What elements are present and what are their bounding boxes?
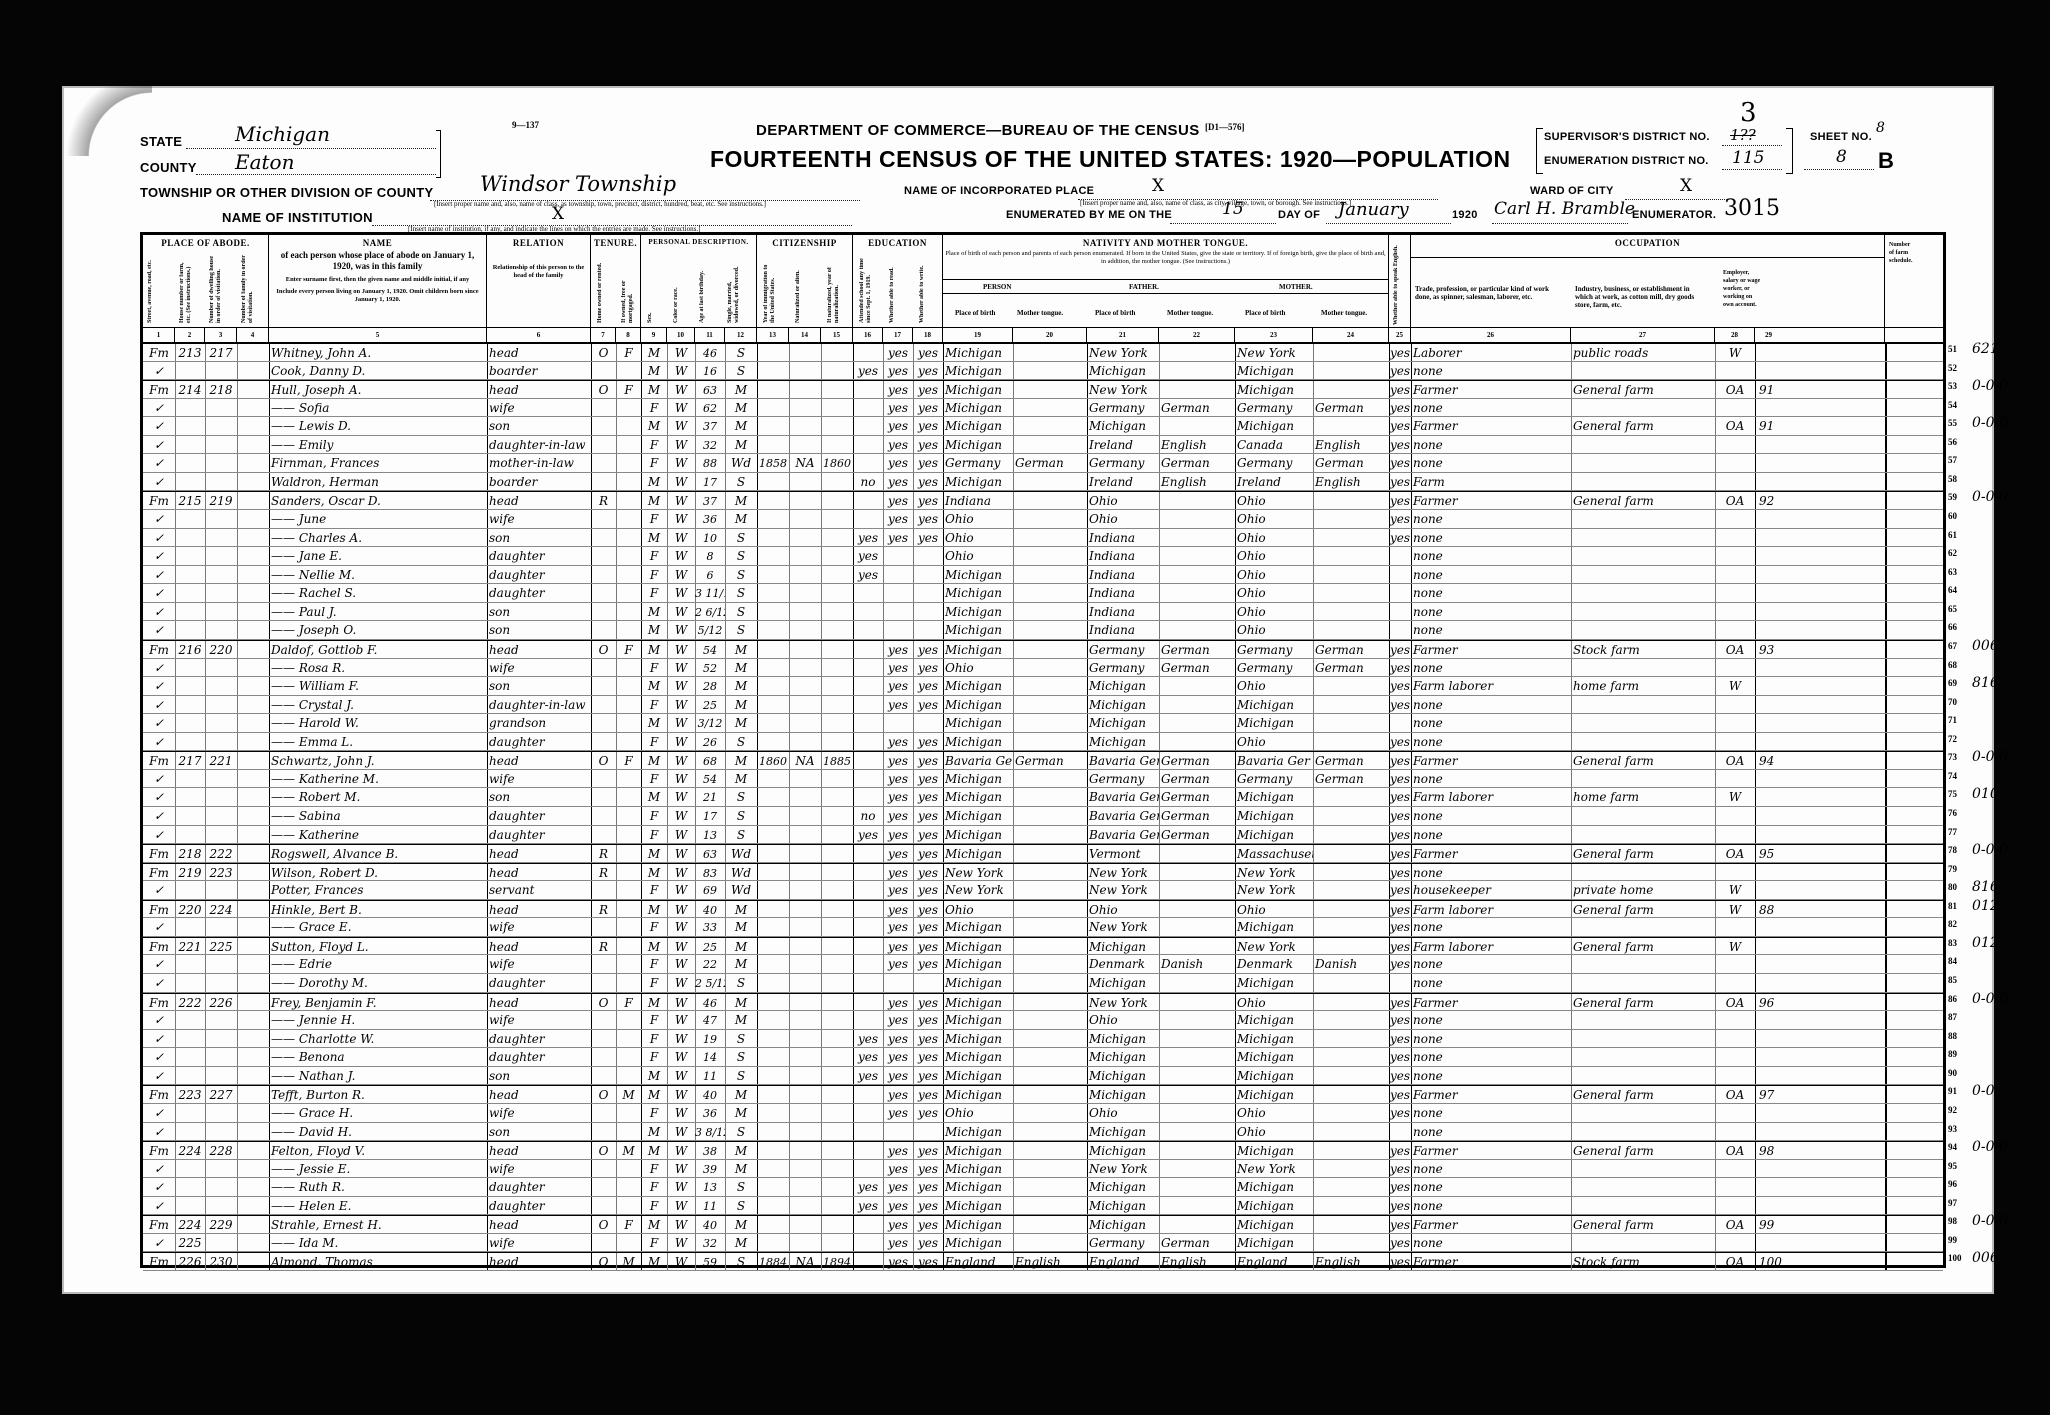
able-to-write [913,584,943,602]
line-number: 79 [1948,864,1957,874]
marital-status: S [725,1197,757,1215]
able-to-read: yes [883,381,913,399]
marital-status: M [725,1086,757,1104]
age: 17 [695,473,725,491]
birthplace: Michigan [943,1160,1013,1178]
table-row: ✓—— Katherine M.wifeFW54MyesyesMichiganG… [143,770,1943,789]
house-field: ✓ [143,1234,175,1252]
able-to-write: yes [913,1030,943,1048]
trade: Farmer [1411,641,1571,659]
immigration-year [757,1216,789,1234]
naturalized-status [789,1178,821,1196]
able-to-read: yes [883,1104,913,1122]
mother-tongue [1013,529,1087,547]
table-row: Fm224229Strahle, Ernest H.headOFMW40Myes… [143,1215,1943,1234]
dwelling-number [175,1104,205,1122]
table-row: ✓Potter, FrancesservantFW69WdyesyesNew Y… [143,881,1943,900]
age: 63 [695,381,725,399]
trade: none [1411,1178,1571,1196]
mother-birthplace: Ohio [1235,621,1313,639]
age: 3 11/12 [695,584,725,602]
line-number: 52 [1948,363,1957,373]
state-county-bracket [436,130,441,178]
district-bracket-left [1536,128,1543,174]
table-row: ✓—— Ruth R.daughterFW13SyesyesyesMichiga… [143,1178,1943,1197]
mother-birthplace: New York [1235,938,1313,956]
father-birthplace: Bavaria Ger [1087,752,1159,770]
free-mortgaged [616,733,641,751]
line-number: 90 [1948,1068,1957,1078]
father-birthplace: Germany [1087,399,1159,417]
person-name: —— Helen E. [269,1197,487,1215]
table-row: ✓—— Grace H.wifeFW36MyesyesOhioOhioOhioy… [143,1104,1943,1123]
dwelling-number [175,1178,205,1196]
industry: Stock farm [1571,641,1715,659]
home-owned-rented [591,547,616,565]
father-birthplace: Germany [1087,641,1159,659]
relation: head [487,1142,591,1160]
family-number [205,1067,237,1085]
house-field: Fm [143,752,175,770]
sex: F [641,918,667,936]
father-mother-tongue [1159,1160,1235,1178]
col-1-header: Street, avenue, road, etc. [147,255,154,323]
person-name: —— Jennie H. [269,1011,487,1029]
color-race: W [667,714,695,732]
home-owned-rented [591,1104,616,1122]
home-owned-rented: R [591,901,616,919]
free-mortgaged [616,955,641,973]
col-nativity-title: NATIVITY AND MOTHER TONGUE. [943,235,1388,248]
relation: son [487,603,591,621]
father-mother-tongue [1159,1178,1235,1196]
col-citizenship-title: CITIZENSHIP [757,235,852,248]
incorporated-value: X [1152,176,1164,196]
father-mother-tongue [1159,381,1235,399]
naturalized-status [789,603,821,621]
mother-tongue [1013,344,1087,362]
speaks-english [1389,584,1411,602]
trade: housekeeper [1411,881,1571,899]
free-mortgaged [616,1123,641,1141]
immigration-year [757,901,789,919]
mother-tongue [1013,864,1087,882]
color-race: W [667,344,695,362]
dwelling-number [175,677,205,695]
speaks-english: yes [1389,417,1411,435]
able-to-read: yes [883,1086,913,1104]
free-mortgaged: F [616,1216,641,1234]
color-race: W [667,938,695,956]
farm-schedule-number [1757,473,1797,491]
family-number [205,1197,237,1215]
speaks-english: yes [1389,1030,1411,1048]
table-row: ✓—— Joseph O.sonMW5/12SMichiganIndianaOh… [143,621,1943,640]
naturalization-year [821,770,853,788]
family-number [205,510,237,528]
mother-birthplace: Canada [1235,436,1313,454]
age: 39 [695,1160,725,1178]
col-num-21: 21 [1087,328,1159,342]
father-mother-tongue: German [1159,788,1235,806]
line-number: 72 [1948,734,1957,744]
able-to-read: yes [883,454,913,472]
line-number: 86 [1948,994,1957,1004]
employer-status: W [1715,938,1755,956]
margin-code-note: 0-0 [1972,1083,1995,1099]
immigration-year: 1884 [757,1253,789,1271]
father-birthplace: Michigan [1087,1086,1159,1104]
mother-birthplace: Ohio [1235,492,1313,510]
person-name: —— Emma L. [269,733,487,751]
table-row: Fm226230Almond, ThomasheadOMMW59S1884NA1… [143,1252,1943,1271]
naturalized-status [789,547,821,565]
house-field: Fm [143,1216,175,1234]
naturalized-status [789,584,821,602]
naturalized-status [789,529,821,547]
naturalization-year [821,864,853,882]
trade: none [1411,621,1571,639]
dwelling-number [175,473,205,491]
birthplace: Michigan [943,714,1013,732]
farm-schedule-number [1757,362,1797,380]
table-row: ✓—— Crystal J.daughter-in-lawFW25Myesyes… [143,696,1943,715]
naturalization-year [821,807,853,825]
line-number: 57 [1948,455,1957,465]
table-row: Fm214218Hull, Joseph A.headOFMW63Myesyes… [143,380,1943,399]
father-mother-tongue: German [1159,826,1235,844]
naturalized-status [789,864,821,882]
family-number [205,881,237,899]
mother-mother-tongue [1313,1011,1389,1029]
sex: M [641,864,667,882]
line-number: 98 [1948,1216,1957,1226]
house-field: ✓ [143,807,175,825]
house-field: Fm [143,1086,175,1104]
industry: private home [1571,881,1715,899]
trade: none [1411,918,1571,936]
free-mortgaged [616,918,641,936]
age: 46 [695,344,725,362]
color-race: W [667,417,695,435]
able-to-read: yes [883,733,913,751]
department-heading: DEPARTMENT OF COMMERCE—BUREAU OF THE CEN… [756,122,1200,139]
naturalization-year [821,344,853,362]
color-race: W [667,1030,695,1048]
attended-school [853,1104,883,1122]
able-to-read [883,974,913,992]
free-mortgaged [616,677,641,695]
mother-tongue: English [1013,1253,1087,1271]
color-race: W [667,1178,695,1196]
birthplace: Germany [943,454,1013,472]
free-mortgaged: M [616,1253,641,1271]
line-number: 58 [1948,474,1957,484]
person-name: Almond, Thomas [269,1253,487,1271]
farm-schedule-number [1757,1123,1797,1141]
mother-tongue [1013,881,1087,899]
relation: head [487,1253,591,1271]
free-mortgaged [616,1197,641,1215]
speaks-english: yes [1389,1253,1411,1271]
farm-schedule-number: 96 [1757,994,1797,1012]
farm-schedule-number [1757,1048,1797,1066]
marital-status: M [725,901,757,919]
house-field: Fm [143,864,175,882]
able-to-write: yes [913,807,943,825]
table-row: ✓—— Lewis D.sonMW37MyesyesMichiganMichig… [143,417,1943,436]
father-mother-tongue [1159,584,1235,602]
house-field: ✓ [143,659,175,677]
employer-status: OA [1715,417,1755,435]
naturalization-year: 1894 [821,1253,853,1271]
mother-birthplace: Michigan [1235,1067,1313,1085]
mother-birthplace: Germany [1235,659,1313,677]
industry [1571,696,1715,714]
father-mother-tongue [1159,492,1235,510]
mother-birthplace: Michigan [1235,1142,1313,1160]
attended-school [853,974,883,992]
family-number: 221 [205,752,237,770]
family-number: 224 [205,901,237,919]
father-mother-tongue [1159,1142,1235,1160]
relation: head [487,381,591,399]
immigration-year [757,677,789,695]
speaks-english: yes [1389,994,1411,1012]
naturalized-status [789,1197,821,1215]
dwelling-number [175,417,205,435]
speaks-english: yes [1389,1197,1411,1215]
father-mother-tongue: Danish [1159,955,1235,973]
attended-school [853,955,883,973]
able-to-read: yes [883,417,913,435]
sex: M [641,788,667,806]
person-name: —— Grace E. [269,918,487,936]
line-number: 95 [1948,1161,1957,1171]
father-birthplace: New York [1087,864,1159,882]
birthplace: Michigan [943,641,1013,659]
table-row: Fm217221Schwartz, John J.headOFMW68M1860… [143,751,1943,770]
enumeration-label: ENUMERATION DISTRICT NO. [1544,155,1709,167]
mother-birthplace: Michigan [1235,714,1313,732]
sex: F [641,881,667,899]
father-birthplace: Ireland [1087,436,1159,454]
father-mother-tongue [1159,344,1235,362]
naturalized-status [789,1011,821,1029]
family-number [205,807,237,825]
trade: none [1411,529,1571,547]
col-num-25: 25 [1389,328,1411,342]
father-mother-tongue: English [1159,436,1235,454]
table-row: Fm221225Sutton, Floyd L.headRMW25Myesyes… [143,937,1943,956]
relation: daughter [487,1197,591,1215]
sex: F [641,454,667,472]
home-owned-rented: O [591,641,616,659]
birthplace: Michigan [943,417,1013,435]
color-race: W [667,1197,695,1215]
industry [1571,621,1715,639]
col-num-4: 4 [237,328,269,342]
employer-status [1715,714,1755,732]
employer-status [1715,1048,1755,1066]
line-number: 75 [1948,789,1957,799]
col-num-27: 27 [1571,328,1715,342]
father-birthplace: Michigan [1087,1123,1159,1141]
employer-status [1715,1178,1755,1196]
farm-schedule-number: 98 [1757,1142,1797,1160]
able-to-read: yes [883,1234,913,1252]
farm-schedule-number [1757,566,1797,584]
person-name: —— Ruth R. [269,1178,487,1196]
mother-mother-tongue: English [1313,1253,1389,1271]
employer-status [1715,566,1755,584]
industry [1571,510,1715,528]
marital-status: S [725,1123,757,1141]
color-race: W [667,881,695,899]
farm-schedule-number [1757,584,1797,602]
speaks-english: yes [1389,454,1411,472]
trade: none [1411,974,1571,992]
home-owned-rented [591,1234,616,1252]
mother-mother-tongue [1313,864,1389,882]
naturalized-status [789,677,821,695]
father-mother-tongue [1159,1086,1235,1104]
immigration-year [757,547,789,565]
industry [1571,529,1715,547]
father-birthplace: Indiana [1087,529,1159,547]
mother-mother-tongue [1313,603,1389,621]
age: 32 [695,436,725,454]
birthplace: Michigan [943,955,1013,973]
father-birthplace: Michigan [1087,1142,1159,1160]
color-race: W [667,994,695,1012]
father-mother-tongue: English [1159,473,1235,491]
employer-status [1715,696,1755,714]
naturalized-status [789,399,821,417]
margin-code-note: 0-0-0 [1972,842,2008,858]
family-number [205,1011,237,1029]
free-mortgaged: M [616,1142,641,1160]
free-mortgaged [616,399,641,417]
farm-schedule-number [1757,1067,1797,1085]
trade: Farm laborer [1411,901,1571,919]
relation: wife [487,399,591,417]
industry [1571,1123,1715,1141]
mother-mother-tongue: German [1313,752,1389,770]
industry: General farm [1571,901,1715,919]
home-owned-rented [591,677,616,695]
trade: Farm laborer [1411,788,1571,806]
father-birthplace: England [1087,1253,1159,1271]
mother-mother-tongue [1313,362,1389,380]
able-to-read [883,584,913,602]
dwelling-number: 219 [175,864,205,882]
able-to-write [913,603,943,621]
mother-mother-tongue: German [1313,641,1389,659]
naturalization-year [821,529,853,547]
immigration-year [757,938,789,956]
person-name: —— Nathan J. [269,1067,487,1085]
mother-mother-tongue: German [1313,399,1389,417]
farm-schedule-number [1757,714,1797,732]
immigration-year [757,1086,789,1104]
sex: F [641,1030,667,1048]
birthplace: Michigan [943,1067,1013,1085]
col-23-header: Place of birth [1245,309,1285,317]
sex: F [641,436,667,454]
mother-mother-tongue [1313,974,1389,992]
farm-schedule-number [1757,436,1797,454]
free-mortgaged [616,473,641,491]
table-row: ✓—— KatherinedaughterFW13SyesyesyesMichi… [143,826,1943,845]
able-to-write: yes [913,1178,943,1196]
col-nativity-desc: Place of birth of each person and parent… [943,248,1388,268]
able-to-read: yes [883,1216,913,1234]
relation: head [487,1086,591,1104]
age: 19 [695,1030,725,1048]
house-field: ✓ [143,417,175,435]
home-owned-rented [591,1160,616,1178]
family-number [205,696,237,714]
sex: M [641,714,667,732]
birthplace: Michigan [943,974,1013,992]
farm-schedule-number [1757,1197,1797,1215]
speaks-english: yes [1389,1216,1411,1234]
father-mother-tongue [1159,974,1235,992]
naturalization-year [821,955,853,973]
mother-tongue [1013,547,1087,565]
marital-status: M [725,399,757,417]
speaks-english: yes [1389,788,1411,806]
farm-schedule-number: 92 [1757,492,1797,510]
mother-birthplace: New York [1235,1160,1313,1178]
speaks-english: yes [1389,344,1411,362]
employer-status [1715,1234,1755,1252]
house-field: ✓ [143,714,175,732]
attended-school [853,994,883,1012]
able-to-read: yes [883,807,913,825]
father-mother-tongue [1159,547,1235,565]
mother-tongue [1013,566,1087,584]
enumerator-name: Carl H. Bramble [1494,199,1635,219]
free-mortgaged [616,417,641,435]
birthplace: Michigan [943,473,1013,491]
line-number: 84 [1948,956,1957,966]
farm-schedule-number [1757,938,1797,956]
marital-status: S [725,1178,757,1196]
township-value: Windsor Township [480,172,676,196]
home-owned-rented [591,918,616,936]
able-to-read: yes [883,1030,913,1048]
trade: none [1411,1011,1571,1029]
able-to-write: yes [913,938,943,956]
home-owned-rented [591,399,616,417]
father-birthplace: Indiana [1087,584,1159,602]
trade: none [1411,733,1571,751]
birthplace: England [943,1253,1013,1271]
naturalization-year [821,696,853,714]
speaks-english [1389,566,1411,584]
nativity-divider-1 [943,279,1389,280]
person-name: —— Harold W. [269,714,487,732]
farm-schedule-number [1757,1160,1797,1178]
marital-status: M [725,938,757,956]
col-7-header: Home owned or rented. [597,257,604,323]
marital-status: S [725,621,757,639]
birthplace: Michigan [943,1216,1013,1234]
birthplace: Michigan [943,1086,1013,1104]
free-mortgaged [616,1067,641,1085]
